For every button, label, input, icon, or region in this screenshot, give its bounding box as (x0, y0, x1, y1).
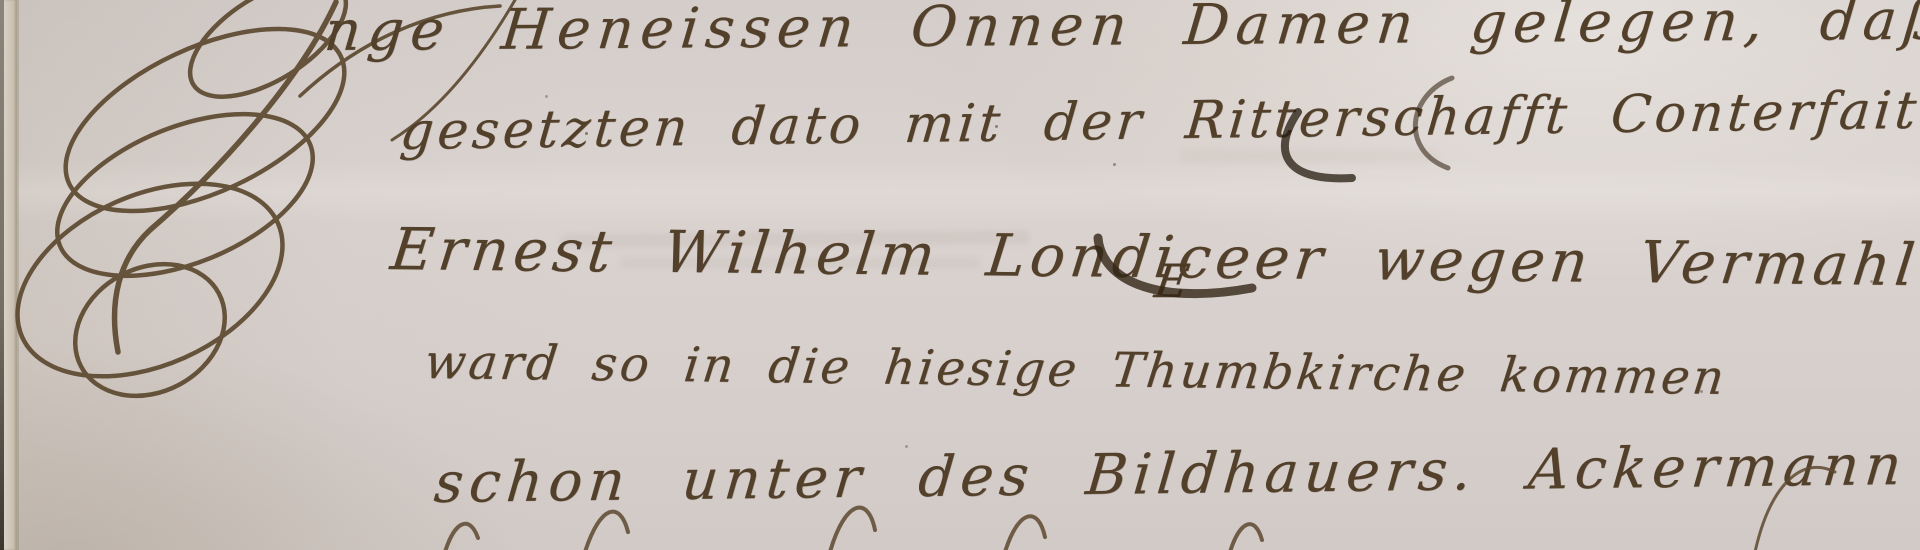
manuscript-page: nge Heneissen Onnen Damen gelegen, daß g… (0, 0, 1920, 550)
cutoff-ascender-strokes (445, 467, 1835, 550)
partial-bottom-line (0, 0, 1920, 550)
ink-specks (585, 132, 588, 135)
